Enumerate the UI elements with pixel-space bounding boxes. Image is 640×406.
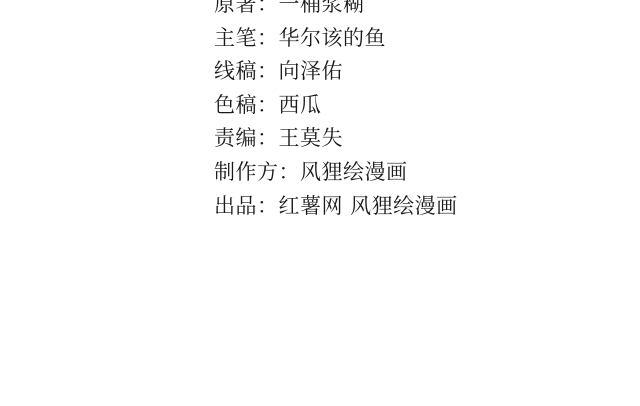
credit-role-label: 原著： [214,0,279,16]
credit-line-publisher: 出品：红薯网 风狸绘漫画 [214,190,458,224]
credit-role-value: 红薯网 风狸绘漫画 [279,194,458,218]
credit-line-coloring: 色稿：西瓜 [214,89,458,123]
credits-block: 原著：一桶浆糊 主笔：华尔该的鱼 线稿：向泽佑 色稿：西瓜 责编：王莫失 制作方… [214,0,458,223]
credit-role-label: 制作方： [214,160,300,184]
credit-role-label: 责编： [214,126,279,150]
comic-credits-page: 原著：一桶浆糊 主笔：华尔该的鱼 线稿：向泽佑 色稿：西瓜 责编：王莫失 制作方… [0,0,640,406]
credit-role-value: 一桶浆糊 [279,0,365,16]
credit-line-lead-artist: 主笔：华尔该的鱼 [214,22,458,56]
credit-line-production: 制作方：风狸绘漫画 [214,156,458,190]
credit-role-value: 王莫失 [279,126,344,150]
credit-role-value: 风狸绘漫画 [300,160,408,184]
credit-role-label: 出品： [214,194,279,218]
credit-line-line-art: 线稿：向泽佑 [214,55,458,89]
credit-role-value: 西瓜 [279,93,322,117]
credit-line-editor: 责编：王莫失 [214,122,458,156]
credit-line-original-author: 原著：一桶浆糊 [214,0,458,22]
credit-role-label: 主笔： [214,26,279,50]
credit-role-label: 色稿： [214,93,279,117]
credit-role-value: 向泽佑 [279,59,344,83]
credit-role-value: 华尔该的鱼 [279,26,387,50]
credit-role-label: 线稿： [214,59,279,83]
